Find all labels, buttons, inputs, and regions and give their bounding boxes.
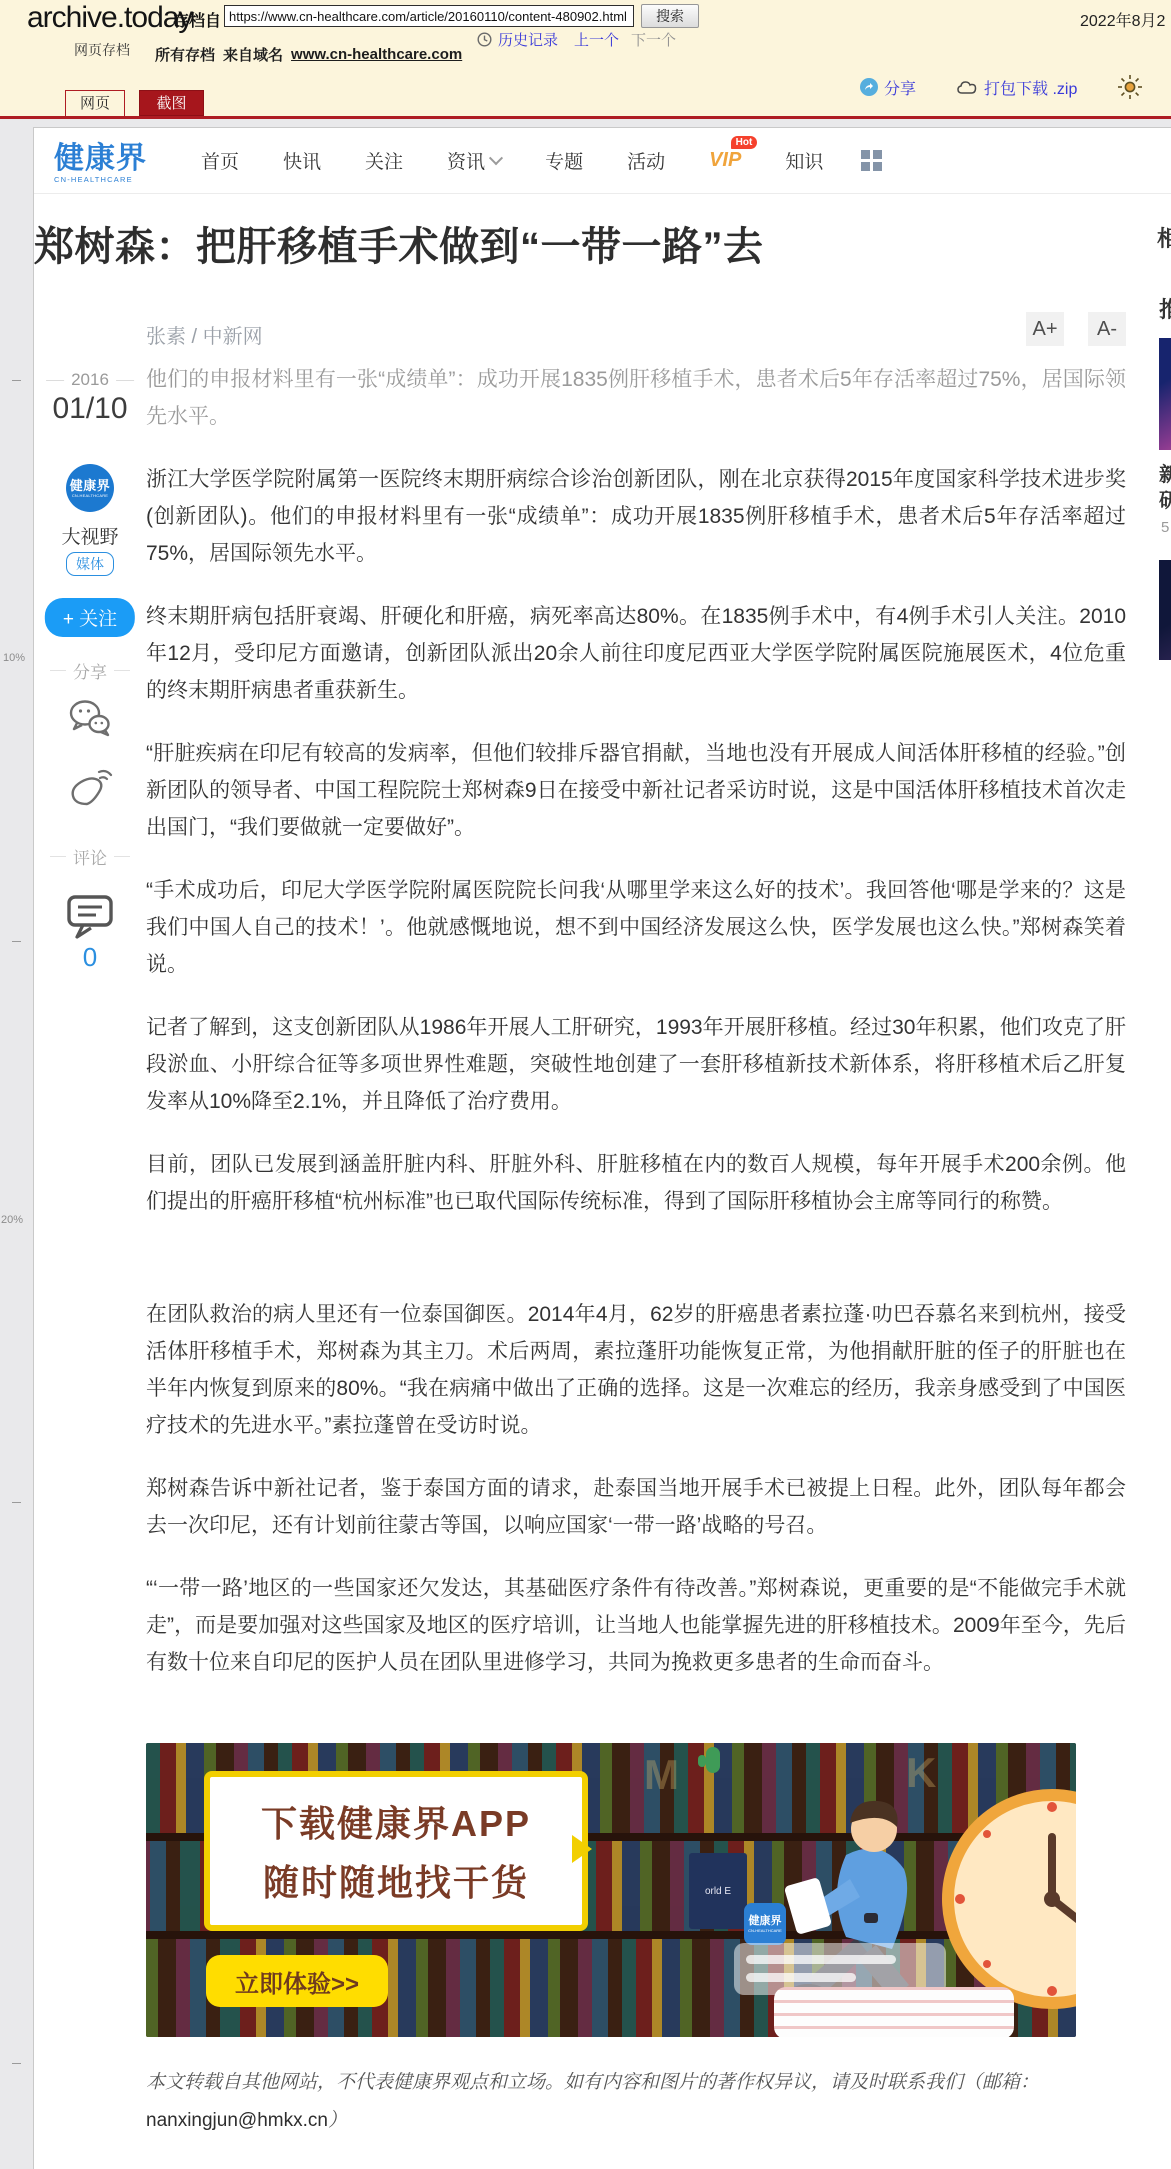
- font-smaller-button[interactable]: A-: [1088, 312, 1126, 346]
- next-link[interactable]: 下一个: [631, 29, 676, 50]
- page: archive.today 网页存档 存档自 搜索 2022年8月2 历史记录 …: [0, 0, 1171, 2169]
- clock-icon: [477, 32, 492, 47]
- article-lead: 他们的申报材料里有一张“成绩单”：成功开展1835例肝移植手术，患者术后5年存活…: [146, 361, 1126, 435]
- nav-news[interactable]: 资讯: [447, 147, 501, 174]
- archived-page-panel: 健康界 CN-HEALTHCARE 首页 快讯 关注 资讯 专题 活动 VIPH…: [33, 127, 1171, 2169]
- cactus-decoration: [706, 1747, 720, 1773]
- article-paragraph: 终末期肝病包括肝衰竭、肝硬化和肝癌，病死率高达80%。在1835例手术中，有4例…: [146, 598, 1126, 709]
- publisher-avatar[interactable]: 健康界 CN-HEALTHCARE: [66, 464, 114, 512]
- tab-screenshot[interactable]: 截图: [139, 90, 204, 116]
- right-rail-thumbnail[interactable]: [1159, 338, 1171, 450]
- ruler-tick: [12, 2063, 21, 2064]
- ruler-20: 20%: [1, 1214, 23, 1226]
- article-paragraph: 目前，团队已发展到涵盖肝脏内科、肝脏外科、肝脏移植在内的数百人规模，每年开展手术…: [146, 1146, 1126, 1220]
- snapshot-date: 2022年8月2: [1080, 8, 1165, 31]
- article-paragraph: “肝脏疾病在印尼有较高的发病率，但他们较排斥器官捐献，当地也没有开展成人间活体肝…: [146, 735, 1126, 846]
- nav-follow[interactable]: 关注: [365, 147, 403, 174]
- archive-share-link[interactable]: 分享: [884, 76, 916, 99]
- nav-vip[interactable]: VIPHot: [709, 149, 741, 172]
- book-world: orld E: [689, 1853, 747, 1929]
- banner-app-icon: 健康界 CN-HEALTHCARE: [744, 1903, 786, 1945]
- search-button[interactable]: 搜索: [641, 4, 699, 28]
- article-title: 郑树森：把肝移植手术做到“一带一路”去: [34, 220, 1125, 274]
- app-download-banner[interactable]: M K Day orld E: [146, 1743, 1076, 2037]
- site-nav: 首页 快讯 关注 资讯 专题 活动 VIPHot 知识: [201, 147, 823, 174]
- font-size-buttons: A+ A-: [1026, 312, 1126, 346]
- article-date-year: 2016: [46, 370, 134, 390]
- shelf-letter: M: [644, 1751, 679, 1799]
- right-rail-item-title[interactable]: 新研: [1159, 462, 1171, 514]
- banner-title-line1: 下载健康界APP: [261, 1796, 531, 1847]
- author-row: 张素 / 中新网 A+ A-: [146, 320, 1126, 349]
- publisher-badge: 媒体: [66, 552, 114, 576]
- archive-logo-subtitle: 网页存档: [74, 40, 130, 60]
- article-paragraph: 记者了解到，这支创新团队从1986年开展人工肝研究，1993年开展肝移植。经过3…: [146, 1009, 1126, 1120]
- article-sidebar: 2016 01/10 健康界 CN-HEALTHCARE 大视野 媒体 + 关注…: [34, 170, 146, 1170]
- right-rail-meta: 5: [1161, 519, 1169, 536]
- banner-cta-button[interactable]: 立即体验>>: [206, 1955, 388, 2007]
- from-domain-label: 来自域名: [223, 44, 283, 65]
- article-paragraph: 郑树森告诉中新社记者，鉴于泰国方面的请求，赴泰国当地开展手术已被提上日程。此外，…: [146, 1470, 1126, 1544]
- article-paragraph: “‘一带一路’地区的一些国家还欠发达，其基础医疗条件有待改善。”郑树森说，更重要…: [146, 1570, 1126, 1681]
- article-date-day: 01/10: [52, 392, 127, 426]
- all-archives-row: 所有存档 来自域名 www.cn-healthcare.com: [155, 44, 462, 65]
- site-header: 健康界 CN-HEALTHCARE 首页 快讯 关注 资讯 专题 活动 VIPH…: [34, 128, 1171, 194]
- wechat-share-icon[interactable]: [67, 698, 113, 738]
- ruler-10: 10%: [3, 652, 25, 664]
- archive-actions: 分享 打包下载 .zip: [860, 74, 1143, 100]
- prev-link[interactable]: 上一个: [574, 29, 619, 50]
- nav-topics[interactable]: 专题: [545, 147, 583, 174]
- download-cloud-icon: [956, 79, 978, 95]
- article-paragraph: 浙江大学医学院附属第一医院终末期肝病综合诊治创新团队，刚在北京获得2015年度国…: [146, 461, 1126, 572]
- nav-home[interactable]: 首页: [201, 147, 239, 174]
- follow-button[interactable]: + 关注: [45, 598, 135, 637]
- share-icon: [860, 78, 878, 96]
- comment-icon[interactable]: [65, 892, 115, 940]
- article-author: 张素 / 中新网: [146, 320, 263, 349]
- banner-title-line2: 随时随地找干货: [263, 1855, 529, 1906]
- archive-header: archive.today 网页存档 存档自 搜索 2022年8月2 历史记录 …: [0, 0, 1171, 116]
- history-link[interactable]: 历史记录: [498, 29, 558, 50]
- hot-badge: Hot: [731, 136, 758, 149]
- tab-webpage[interactable]: 网页: [65, 90, 125, 119]
- publisher-name: 大视野: [61, 522, 118, 549]
- ruler-tick: [12, 941, 21, 942]
- disclaimer-closing: ）: [328, 2109, 347, 2131]
- ruler-tick: [12, 380, 21, 381]
- apps-grid-icon[interactable]: [861, 150, 883, 172]
- archive-url-input[interactable]: [224, 5, 634, 27]
- nav-activities[interactable]: 活动: [627, 147, 665, 174]
- all-archives-label: 所有存档: [155, 44, 215, 65]
- right-rail-thumbnail[interactable]: [1159, 560, 1171, 660]
- ruler-tick: [12, 1502, 21, 1503]
- history-row: 历史记录 上一个 下一个: [477, 29, 676, 50]
- nav-knowledge[interactable]: 知识: [785, 147, 823, 174]
- right-rail-heading: 相: [1157, 222, 1171, 253]
- article-main-column: 张素 / 中新网 A+ A- 他们的申报材料里有一张“成绩单”：成功开展1835…: [146, 320, 1126, 2140]
- article-body-wrap: 2016 01/10 健康界 CN-HEALTHCARE 大视野 媒体 + 关注…: [34, 320, 1171, 2140]
- tab-divider-line: [0, 116, 1171, 119]
- article-disclaimer: 本文转载自其他网站，不代表健康界观点和立场。如有内容和图片的著作权异议，请及时联…: [146, 2063, 1126, 2140]
- download-zip-link[interactable]: 打包下载 .zip: [984, 76, 1077, 99]
- share-section-label: 分享: [50, 658, 130, 683]
- domain-link[interactable]: www.cn-healthcare.com: [291, 46, 462, 63]
- comment-section-label: 评论: [50, 844, 130, 869]
- nav-express[interactable]: 快讯: [283, 147, 321, 174]
- saved-from-label: 存档自: [173, 8, 221, 31]
- weibo-share-icon[interactable]: [67, 768, 113, 810]
- banner-speech-card: 下载健康界APP 随时随地找干货: [204, 1771, 588, 1931]
- comment-count[interactable]: 0: [83, 942, 97, 973]
- font-larger-button[interactable]: A+: [1026, 312, 1064, 346]
- right-rail-heading: 推: [1159, 293, 1171, 324]
- disclaimer-email: nanxingjun@hmkx.cn: [146, 2110, 328, 2131]
- article-paragraph: “手术成功后，印尼大学医学院附属医院院长问我‘从哪里学来这么好的技术’。我回答他…: [146, 872, 1126, 983]
- disclaimer-text: 本文转载自其他网站，不代表健康界观点和立场。如有内容和图片的著作权异议，请及时联…: [146, 2071, 1039, 2093]
- theme-sun-icon[interactable]: [1117, 74, 1143, 100]
- chevron-down-icon: [489, 151, 503, 165]
- archive-logo[interactable]: archive.today: [27, 1, 192, 35]
- book-stack: [774, 1987, 1014, 2037]
- article-paragraph: 在团队救治的病人里还有一位泰国御医。2014年4月，62岁的肝癌患者素拉蓬·叻巴…: [146, 1296, 1126, 1444]
